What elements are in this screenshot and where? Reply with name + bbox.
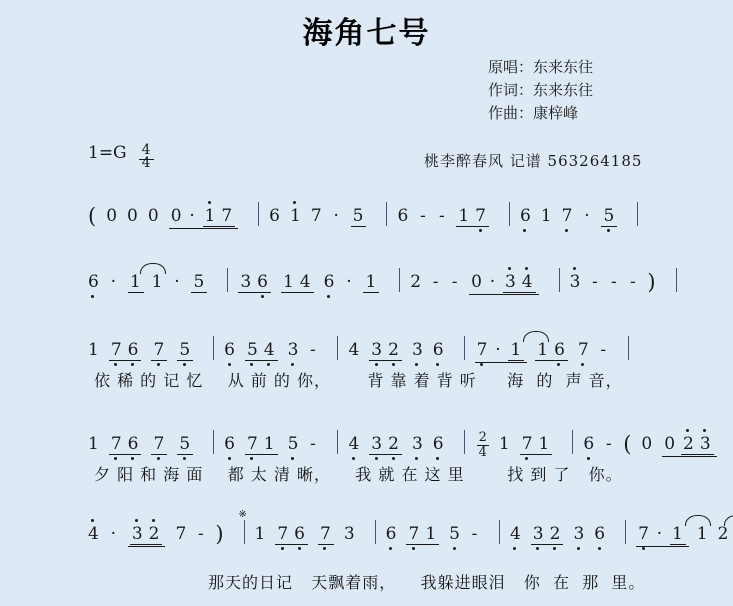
octave-dot-below (453, 547, 456, 550)
beam-group: 5 (191, 273, 207, 293)
note: 1 (283, 273, 294, 291)
note: 1 (255, 525, 266, 543)
note: 1 (539, 435, 550, 453)
note: 3 (288, 341, 299, 359)
barline (676, 268, 677, 292)
note: 4 (510, 525, 521, 543)
duration-dash: - (609, 273, 618, 291)
duration-dot: · (188, 207, 197, 225)
time-signature: 44 (139, 144, 154, 170)
barline (559, 268, 560, 292)
octave-dot-above (686, 429, 689, 432)
note: 7 (408, 525, 419, 543)
octave-dot-below (228, 363, 231, 366)
barline (386, 202, 387, 226)
note: 1 (541, 207, 552, 225)
barline (227, 268, 228, 292)
meter-change-bottom: 4 (477, 446, 489, 459)
octave-dot-below (250, 457, 253, 460)
barline (213, 336, 214, 360)
duration-dot: · (488, 273, 497, 291)
octave-dot-below (581, 363, 584, 366)
tie-arc (523, 331, 549, 342)
note: 4 (348, 341, 359, 359)
barline (572, 430, 573, 454)
octave-dot-below (525, 457, 528, 460)
note: 7 (111, 435, 122, 453)
note: 1 (290, 207, 301, 225)
note: 3 (505, 273, 516, 291)
octave-dot-below (480, 363, 483, 366)
octave-dot-below (352, 457, 355, 460)
note: 6 (594, 525, 605, 543)
note: 2 (410, 273, 421, 291)
beam-group: 16 (535, 341, 568, 361)
octave-dot-below (291, 457, 294, 460)
octave-dot-below (412, 547, 415, 550)
rest-note: 0 (127, 207, 138, 225)
note: 1 (537, 341, 548, 359)
octave-dot-below (479, 229, 482, 232)
octave-dot-below (513, 547, 516, 550)
beam-group: 5 (177, 435, 193, 455)
beam-group: 7 (151, 435, 167, 455)
beam-group: 34 (503, 273, 536, 293)
credit-composer: 作曲：康梓峰 (488, 102, 593, 125)
note: 1 (672, 525, 683, 543)
beam-group: 23 (681, 435, 714, 455)
note: 1 (205, 207, 216, 225)
note: 2 (683, 435, 694, 453)
tie-arc (140, 263, 166, 274)
octave-dot-below (114, 457, 117, 460)
beam-group: 5 (601, 207, 617, 227)
duration-dash: - (308, 435, 317, 453)
octave-dot-below (607, 229, 610, 232)
note: 4 (522, 273, 533, 291)
barline (625, 520, 626, 544)
octave-dot-below (327, 295, 330, 298)
transcriber-credit: 桃李醉春风 记谱 563264185 (424, 150, 642, 171)
note: 1 (499, 435, 510, 453)
note: 6 (324, 273, 335, 291)
beam-group: 0·17 (169, 207, 238, 229)
beam-group: 32 (531, 525, 564, 545)
note: 6 (433, 341, 444, 359)
octave-dot-below (523, 229, 526, 232)
beam-group: 71 (520, 435, 553, 455)
beam-group: 0·34 (469, 273, 538, 295)
sheet-music-page: 海角七号 原唱：东来东往 作词：东来东往 作曲：康梓峰 1=G44 桃李醉春风 … (0, 0, 733, 606)
duration-dash: - (599, 341, 608, 359)
octave-dot-below (261, 295, 264, 298)
tie-arc (685, 515, 711, 526)
octave-dot-below (267, 363, 270, 366)
close-paren: ) (215, 525, 223, 543)
note: 5 (193, 273, 204, 291)
beam-group: 76 (275, 525, 308, 545)
note: 5 (449, 525, 460, 543)
barline (375, 520, 376, 544)
meter-change: 24 (477, 432, 489, 459)
barline (399, 268, 400, 292)
note: 5 (353, 207, 364, 225)
note: 1 (365, 273, 376, 291)
octave-dot-below (553, 547, 556, 550)
octave-dot-below (291, 363, 294, 366)
beam-group: 71 (245, 435, 278, 455)
lyrics-line-2: 夕 阳 和 海 面 都 太 清 晰， 我 就 在 这 里 找 到 了 你。 (94, 462, 623, 485)
note: 6 (583, 435, 594, 453)
note: 6 (386, 525, 397, 543)
beam-group: 5 (351, 207, 367, 227)
note: 6 (397, 207, 408, 225)
barline: ※ (244, 520, 245, 544)
beam-group: 54 (245, 341, 278, 361)
beam-group: 76 (109, 435, 142, 455)
octave-dot-below (577, 547, 580, 550)
duration-dot: · (109, 525, 118, 543)
duration-dot: · (332, 207, 341, 225)
note: 7 (638, 525, 649, 543)
barline (499, 520, 500, 544)
note: 1 (697, 525, 708, 543)
rest-note: 0 (641, 435, 652, 453)
barline (464, 430, 465, 454)
note: 3 (700, 435, 711, 453)
duration-dot: · (582, 207, 591, 225)
octave-dot-above (573, 267, 576, 270)
lyrics-line-3: 那天的日记 天飘着雨， 我躲进眼泪 你 在 那 里。 (208, 570, 645, 593)
octave-dot-below (183, 363, 186, 366)
duration-dash: - (431, 273, 440, 291)
note: 3 (573, 525, 584, 543)
octave-dot-above (91, 519, 94, 522)
duration-dot: · (172, 273, 181, 291)
octave-dot-below (565, 229, 568, 232)
credit-lyricist: 作词：东来东往 (488, 79, 593, 102)
note: 3 (412, 341, 423, 359)
octave-dot-below (389, 547, 392, 550)
octave-dot-below (183, 457, 186, 460)
octave-dot-above (525, 267, 528, 270)
note: 7 (522, 435, 533, 453)
note: 2 (550, 525, 561, 543)
note: 6 (224, 341, 235, 359)
octave-dot-below (642, 547, 645, 550)
beam-group: 1 (508, 341, 524, 361)
octave-dot-below (250, 363, 253, 366)
octave-dot-above (208, 201, 211, 204)
note: 7 (221, 207, 232, 225)
note: 3 (371, 341, 382, 359)
beam-group: 1 (128, 273, 144, 293)
note: 2 (718, 525, 729, 543)
note: 1 (510, 341, 521, 359)
octave-dot-below (375, 457, 378, 460)
octave-dot-below (375, 363, 378, 366)
barline (464, 336, 465, 360)
octave-dot-below (131, 457, 134, 460)
beam-group: 36 (238, 273, 271, 293)
note: 1 (88, 341, 99, 359)
duration-dash: - (470, 525, 479, 543)
tie-arc (724, 515, 733, 526)
beam-group: 14 (281, 273, 314, 293)
duration-dash: - (628, 273, 637, 291)
octave-dot-below (157, 363, 160, 366)
note: 6 (128, 435, 139, 453)
note: 7 (562, 207, 573, 225)
note: 4 (348, 435, 359, 453)
duration-dash: - (196, 525, 205, 543)
open-paren: ( (88, 207, 96, 225)
note: 6 (88, 273, 99, 291)
note: 4 (300, 273, 311, 291)
octave-dot-below (436, 363, 439, 366)
duration-dash: - (604, 435, 613, 453)
beam-group: 32 (130, 525, 163, 545)
note: 7 (111, 341, 122, 359)
octave-dot-above (508, 267, 511, 270)
lyrics-line-1: 依 稀 的 记 忆 从 前 的 你， 背 靠 着 背 听 海 的 声 音， (94, 368, 623, 391)
note: 5 (288, 435, 299, 453)
note: 1 (458, 207, 469, 225)
note: 7 (153, 435, 164, 453)
music-line-5: 4·327-)※176736715-432367·11277· (88, 508, 733, 570)
octave-dot-below (228, 457, 231, 460)
octave-dot-below (157, 457, 160, 460)
beam-group: 1 (363, 273, 379, 293)
close-paren: ) (647, 273, 655, 291)
note: 3 (132, 525, 143, 543)
octave-dot-below (298, 547, 301, 550)
beam-group: 17 (456, 207, 489, 227)
beam-group: 71 (406, 525, 439, 545)
barline (509, 202, 510, 226)
note: 1 (130, 273, 141, 291)
barline (628, 336, 629, 360)
note: 7 (475, 207, 486, 225)
note: 3 (240, 273, 251, 291)
beam-group: 5 (177, 341, 193, 361)
note: 6 (294, 525, 305, 543)
note: 5 (179, 435, 190, 453)
note: 5 (247, 341, 258, 359)
octave-dot-below (536, 547, 539, 550)
note: 6 (433, 435, 444, 453)
note: 7 (247, 435, 258, 453)
octave-dot-above (293, 201, 296, 204)
note: 3 (412, 435, 423, 453)
octave-dot-below (587, 457, 590, 460)
octave-dot-below (323, 547, 326, 550)
note: 1 (264, 435, 275, 453)
note: 4 (88, 525, 99, 543)
beam-group: 32 (369, 341, 402, 361)
barline (337, 430, 338, 454)
duration-dash: - (590, 273, 599, 291)
note: 7 (578, 341, 589, 359)
duration-dot: · (344, 273, 353, 291)
octave-dot-below (415, 457, 418, 460)
beam-group: 023 (662, 435, 716, 457)
rest-note: 0 (471, 273, 482, 291)
duration-dash: - (308, 341, 317, 359)
music-line-2: 6·11·536146·12--0·343---) (88, 256, 687, 318)
note: 7 (277, 525, 288, 543)
note: 7 (477, 341, 488, 359)
octave-dot-above (152, 519, 155, 522)
octave-dot-below (392, 457, 395, 460)
music-line-1: (0000·17617·56--17617·5 (88, 190, 648, 252)
note: 2 (388, 435, 399, 453)
beam-group: 76 (109, 341, 142, 361)
note: 1 (425, 525, 436, 543)
beam-group: 7·1 (475, 341, 528, 363)
duration-dot: · (109, 273, 118, 291)
duration-dot: · (655, 525, 664, 543)
barline (258, 202, 259, 226)
note: 7 (175, 525, 186, 543)
meter-change-top: 2 (477, 432, 489, 446)
duration-dash: - (437, 207, 446, 225)
rest-note: 0 (171, 207, 182, 225)
rest-note: 0 (148, 207, 159, 225)
octave-dot-below (598, 547, 601, 550)
beam-group: 32 (369, 435, 402, 455)
note: 6 (257, 273, 268, 291)
beam-group: 17 (203, 207, 236, 227)
note: 1 (88, 435, 99, 453)
note: 5 (179, 341, 190, 359)
barline (637, 202, 638, 226)
note: 4 (264, 341, 275, 359)
key-signature: 1=G44 (88, 143, 154, 170)
note: 1 (152, 273, 163, 291)
note: 7 (153, 341, 164, 359)
credits-block: 原唱：东来东往 作词：东来东往 作曲：康梓峰 (488, 56, 593, 125)
note: 3 (570, 273, 581, 291)
note: 5 (603, 207, 614, 225)
octave-dot-above (703, 429, 706, 432)
note: 3 (371, 435, 382, 453)
duration-dash: - (450, 273, 459, 291)
octave-dot-below (415, 363, 418, 366)
key-label: 1=G (88, 143, 127, 163)
open-paren: ( (623, 435, 631, 453)
note: 6 (520, 207, 531, 225)
octave-dot-above (135, 519, 138, 522)
duration-dash: - (418, 207, 427, 225)
beam-group: 32 (128, 525, 166, 547)
rest-note: 0 (106, 207, 117, 225)
note: 6 (128, 341, 139, 359)
barline (337, 336, 338, 360)
note: 2 (388, 341, 399, 359)
page-title: 海角七号 (0, 8, 733, 52)
octave-dot-below (114, 363, 117, 366)
barline (213, 430, 214, 454)
note: 7 (320, 525, 331, 543)
segno-mark: ※ (239, 506, 247, 524)
octave-dot-below (281, 547, 284, 550)
duration-dot: · (493, 341, 502, 359)
beam-group: 7·1 (636, 525, 689, 547)
note: 6 (224, 435, 235, 453)
note: 2 (149, 525, 160, 543)
note: 6 (554, 341, 565, 359)
note: 6 (269, 207, 280, 225)
rest-note: 0 (664, 435, 675, 453)
note: 3 (344, 525, 355, 543)
beam-group: 7 (151, 341, 167, 361)
credit-vocalist: 原唱：东来东往 (488, 56, 593, 79)
octave-dot-below (557, 363, 560, 366)
note: 7 (311, 207, 322, 225)
octave-dot-below (91, 295, 94, 298)
octave-dot-below (436, 457, 439, 460)
time-signature-bottom: 4 (142, 154, 151, 171)
octave-dot-below (392, 363, 395, 366)
beam-group: 1 (670, 525, 686, 545)
note: 3 (533, 525, 544, 543)
octave-dot-below (131, 363, 134, 366)
beam-group: 7 (318, 525, 334, 545)
